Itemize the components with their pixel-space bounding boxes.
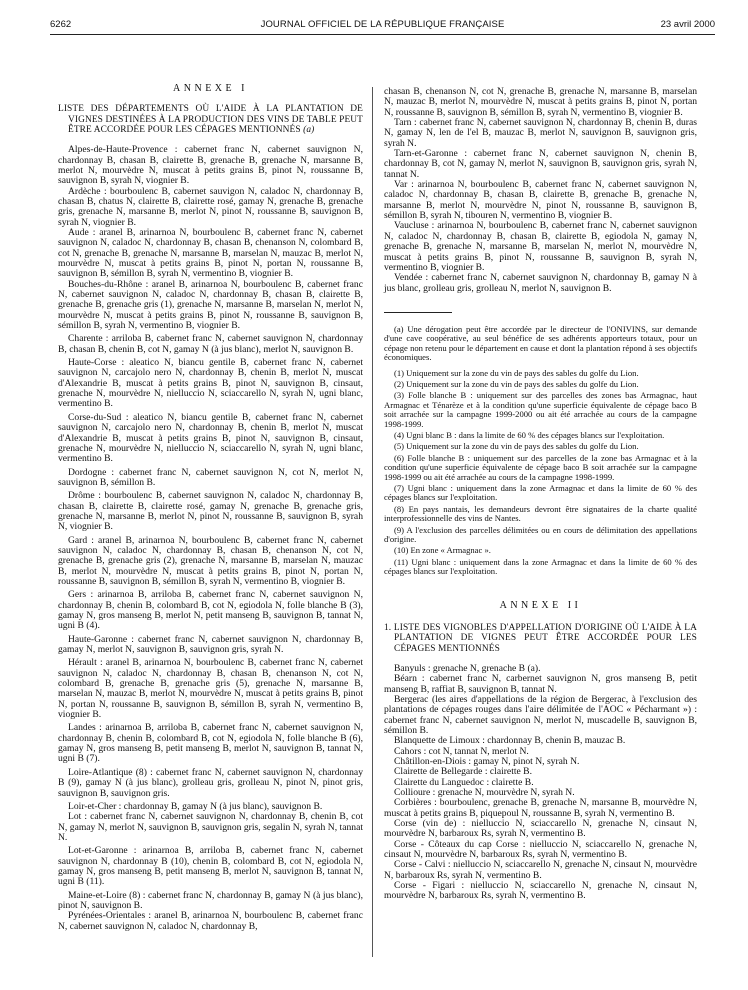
annex-2-subtitle: 1. LISTE DES VIGNOBLES D'APPELLATION D'O… [384,623,697,654]
department-entry: Gers : arinarnoa B, arriloba B, cabernet… [58,590,363,631]
department-entry: Haute-Garonne : cabernet franc N, cabern… [58,635,363,656]
department-entry: Landes : arinarnoa B, arriloba B, cabern… [58,723,363,764]
footnote: (4) Ugni blanc B : dans la limite de 60 … [384,431,697,440]
annex-1-subtitle-note: (a) [303,125,314,135]
appellation-entry: Corse - Calvi : nielluccio N, sciaccarel… [384,860,697,881]
page-header: 6262 JOURNAL OFFICIEL DE LA RÉPUBLIQUE F… [50,10,715,32]
footnote: (3) Folle blanche B : uniquement sur des… [384,391,697,429]
department-entry: Ardèche : bourboulenc B, cabernet sauvig… [58,187,363,228]
publication-date: 23 avril 2000 [661,19,715,30]
appellation-entry: Corse - Figari : nielluccio N, sciaccare… [384,881,697,902]
appellation-entry: Corbières : bourboulenc, grenache B, gre… [384,798,697,819]
department-entry: Loire-Atlantique (8) : cabernet franc N,… [58,768,363,799]
annex-1-subtitle: LISTE DES DÉPARTEMENTS OÙ L'AIDE À LA PL… [58,104,363,135]
annex-2-title: ANNEXE II [384,601,697,611]
department-entry: Lot : cabernet franc N, cabernet sauvign… [58,812,363,843]
left-column: ANNEXE I LISTE DES DÉPARTEMENTS OÙ L'AID… [58,84,363,932]
footnote: (a) Une dérogation peut être accordée pa… [384,325,697,363]
annex-1-title: ANNEXE I [58,84,363,94]
department-entry: Maine-et-Loire (8) : cabernet franc N, c… [58,891,363,912]
right-column: chasan B, chenanson N, cot N, grenache B… [384,87,697,902]
department-entry: Bouches-du-Rhône : aranel B, arinarnoa N… [58,280,363,332]
footnote: (9) A l'exclusion des parcelles délimité… [384,526,697,545]
appellation-entry: Béarn : cabernet franc N, carbernet sauv… [384,674,697,695]
department-entry: Corse-du-Sud : aleatico N, biancu gentil… [58,413,363,465]
annex-1-footnotes: (a) Une dérogation peut être accordée pa… [384,325,697,577]
department-entry: Tarn-et-Garonne : cabernet franc N, cabe… [384,149,697,180]
footnote: (2) Uniquement sur la zone du vin de pay… [384,380,697,389]
department-entry: Vendée : cabernet franc N, cabernet sauv… [384,273,697,294]
footnote: (8) En pays nantais, les demandeurs devr… [384,505,697,524]
annex-1-entries-continued: chasan B, chenanson N, cot N, grenache B… [384,87,697,294]
footnote: (7) Ugni blanc : uniquement dans la zone… [384,484,697,503]
department-entry: Dordogne : cabernet franc N, cabernet sa… [58,468,363,489]
department-entry: Hérault : aranel B, arinarnoa N, bourbou… [58,658,363,720]
appellation-entry: Bergerac (les aires d'appellations de la… [384,695,697,736]
footnote: (5) Uniquement sur la zone du vin de pay… [384,442,697,451]
header-rule [50,34,715,35]
footnote: (10) En zone « Armagnac ». [384,546,697,555]
annex-2-entries: Banyuls : grenache N, grenache B (a). Bé… [384,664,697,902]
department-entry: Alpes-de-Haute-Provence : cabernet franc… [58,145,363,186]
department-entry: Var : arinarnoa N, bourboulenc B, cabern… [384,180,697,221]
appellation-entry: Corse (vin de) : nielluccio N, sciaccare… [384,819,697,840]
footnote: (11) Ugni blanc : uniquement dans la zon… [384,558,697,577]
department-entry: Charente : arriloba B, cabernet franc N,… [58,334,363,355]
department-entry: Haute-Corse : aleatico N, biancu gentile… [58,358,363,410]
annex-1-subtitle-text: LISTE DES DÉPARTEMENTS OÙ L'AIDE À LA PL… [58,104,363,135]
department-entry: chasan B, chenanson N, cot N, grenache B… [384,87,697,118]
department-entry: Aude : aranel B, arinarnoa N, bourboulen… [58,228,363,280]
department-entry: Tarn : cabernet franc N, cabernet sauvig… [384,118,697,149]
department-entry: Pyrénées-Orientales : aranel B, arinarno… [58,911,363,932]
appellation-entry: Corse - Côteaux du cap Corse : niellucci… [384,840,697,861]
footnote: (1) Uniquement sur la zone du vin de pay… [384,369,697,378]
journal-title: JOURNAL OFFICIEL DE LA RÉPUBLIQUE FRANÇA… [50,19,715,30]
annex-1-entries: Alpes-de-Haute-Provence : cabernet franc… [58,145,363,932]
department-entry: Drôme : bourboulenc B, cabernet sauvigno… [58,491,363,532]
department-entry: Vaucluse : arinarnoa N, bourboulenc B, c… [384,221,697,273]
footnote-rule [384,312,452,313]
column-separator [372,87,373,957]
department-entry: Gard : aranel B, arinarnoa N, bourboulen… [58,536,363,588]
footnote: (6) Folle blanche B : uniquement sur des… [384,454,697,482]
department-entry: Lot-et-Garonne : arinarnoa B, arriloba B… [58,846,363,887]
